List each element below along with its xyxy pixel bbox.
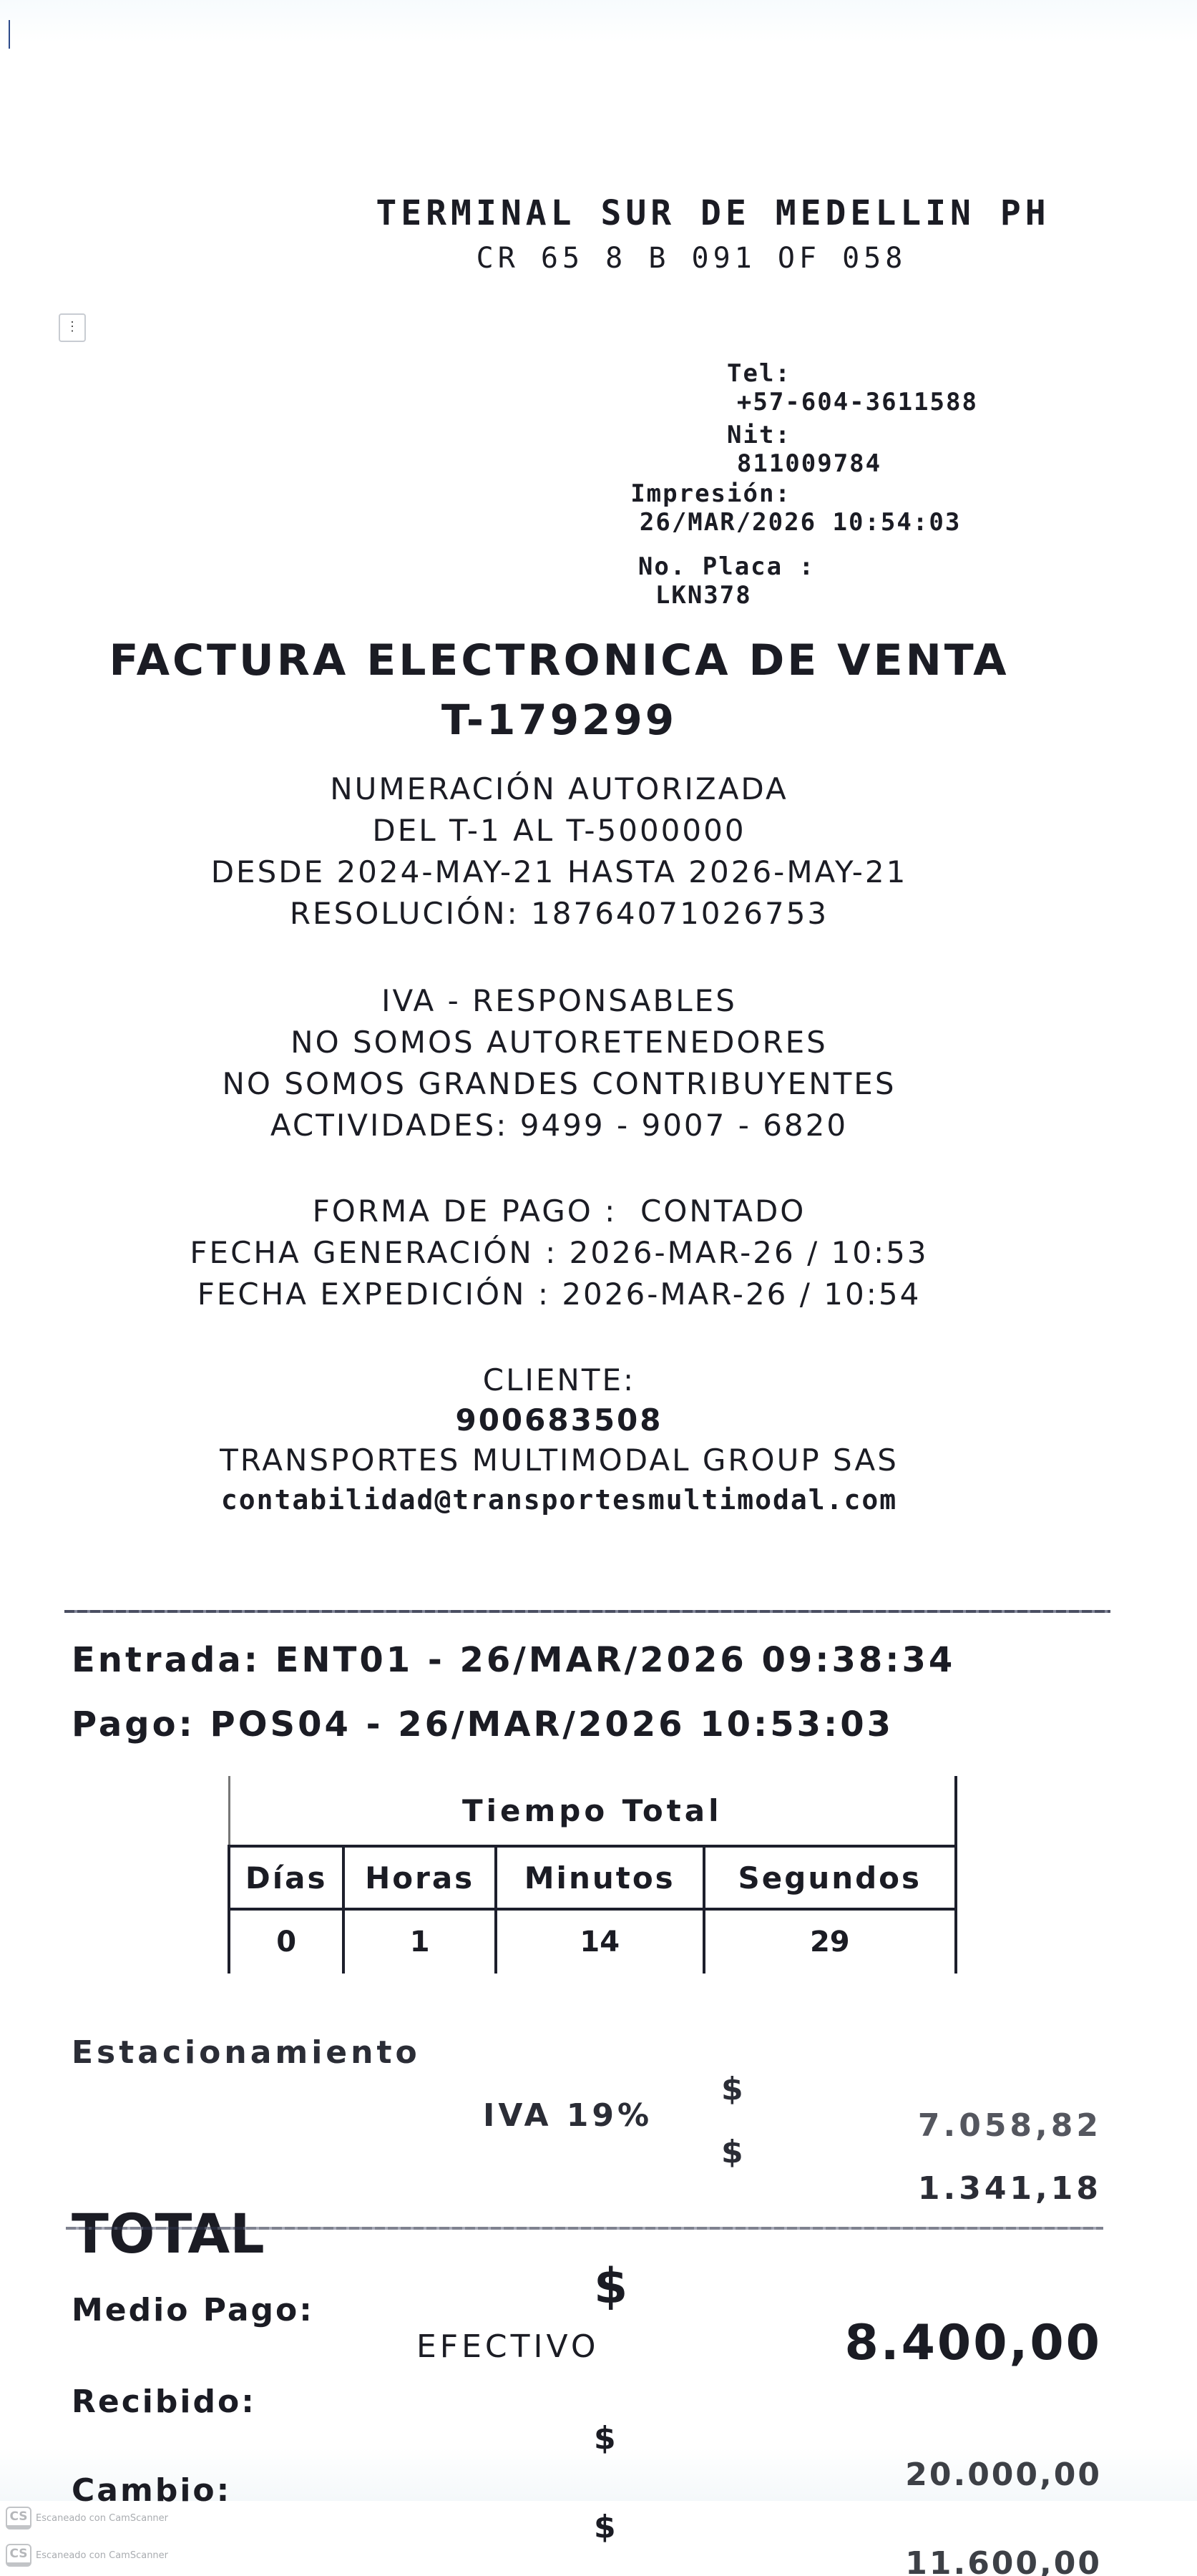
authorization-line: DEL T-1 AL T-5000000 bbox=[0, 813, 1197, 848]
scan-artifact-icon: ⋮ bbox=[59, 313, 86, 342]
issue-date: FECHA EXPEDICIÓN : 2026-MAR-26 / 10:54 bbox=[0, 1277, 1197, 1312]
camscanner-logo-icon: CS bbox=[6, 2544, 31, 2567]
total-row: TOTAL $ 8.400,00 bbox=[72, 2145, 1102, 2210]
scan-edge-mark bbox=[9, 20, 10, 49]
separator-line bbox=[64, 1610, 1110, 1613]
charge-row-parking: Estacionamiento $ 7.058,82 bbox=[72, 1998, 1102, 2041]
charge-row-iva: IVA 19% $ 1.341,18 bbox=[72, 2061, 1102, 2104]
camscanner-watermark: CS Escaneado con CamScanner bbox=[6, 2507, 168, 2529]
camscanner-watermark: CS Escaneado con CamScanner bbox=[6, 2544, 168, 2567]
header-days: Días bbox=[229, 1846, 343, 1909]
entry-time: Entrada: ENT01 - 26/MAR/2026 09:38:34 bbox=[72, 1640, 955, 1680]
invoice-title: FACTURA ELECTRONICA DE VENTA bbox=[0, 635, 1197, 686]
activities-line: ACTIVIDADES: 9499 - 9007 - 6820 bbox=[0, 1108, 1197, 1143]
total-time-table: Tiempo Total Días Horas Minutos Segundos… bbox=[228, 1776, 957, 1974]
change-row: Cambio: $ 11.600,00 bbox=[72, 2436, 1102, 2479]
resolution-line: RESOLUCIÓN: 18764071026753 bbox=[0, 896, 1197, 931]
business-address: CR 65 8 B 091 OF 058 bbox=[0, 242, 1197, 275]
separator-line bbox=[66, 2227, 1103, 2230]
header-minutes: Minutos bbox=[496, 1846, 704, 1909]
value-minutes: 14 bbox=[496, 1909, 704, 1974]
camscanner-logo-icon: CS bbox=[6, 2507, 31, 2529]
payment-method-row: Medio Pago: EFECTIVO bbox=[72, 2255, 1102, 2298]
iva-label: IVA 19% bbox=[483, 2097, 653, 2134]
client-id: 900683508 bbox=[0, 1402, 1197, 1438]
watermark-text: Escaneado con CamScanner bbox=[36, 2513, 168, 2524]
placa-row: No. Placa : LKN378 bbox=[574, 524, 815, 638]
tel-label: Tel: bbox=[721, 359, 791, 388]
header-hours: Horas bbox=[343, 1846, 495, 1909]
payment-form: FORMA DE PAGO : CONTADO bbox=[0, 1194, 1197, 1229]
client-label: CLIENTE: bbox=[0, 1362, 1197, 1397]
generation-date: FECHA GENERACIÓN : 2026-MAR-26 / 10:53 bbox=[0, 1235, 1197, 1270]
business-name: TERMINAL SUR DE MEDELLIN PH bbox=[0, 193, 1197, 233]
payment-time: Pago: POS04 - 26/MAR/2026 10:53:03 bbox=[72, 1704, 894, 1745]
placa-value: LKN378 bbox=[655, 581, 752, 610]
authorization-line: NUMERACIÓN AUTORIZADA bbox=[0, 771, 1197, 806]
nit-label: Nit: bbox=[721, 421, 791, 449]
tax-info-line: NO SOMOS AUTORETENEDORES bbox=[0, 1025, 1197, 1060]
value-hours: 1 bbox=[343, 1909, 495, 1974]
watermark-text: Escaneado con CamScanner bbox=[36, 2550, 168, 2561]
placa-label: No. Placa : bbox=[638, 552, 815, 581]
tax-info-line: IVA - RESPONSABLES bbox=[0, 983, 1197, 1018]
parking-amount: 7.058,82 bbox=[918, 2107, 1102, 2144]
payment-method-label: Medio Pago: bbox=[72, 2292, 314, 2328]
scanned-receipt: ⋮ TERMINAL SUR DE MEDELLIN PH CR 65 8 B … bbox=[0, 0, 1197, 2501]
value-days: 0 bbox=[229, 1909, 343, 1974]
received-row: Recibido: $ 20.000,00 bbox=[72, 2347, 1102, 2390]
received-label: Recibido: bbox=[72, 2384, 256, 2420]
currency-symbol: $ bbox=[594, 2509, 618, 2545]
client-email: contabilidad@transportesmultimodal.com bbox=[0, 1484, 1197, 1516]
header-seconds: Segundos bbox=[704, 1846, 956, 1909]
authorization-line: DESDE 2024-MAY-21 HASTA 2026-MAY-21 bbox=[0, 854, 1197, 889]
total-time-title: Tiempo Total bbox=[229, 1776, 956, 1846]
invoice-number: T-179299 bbox=[0, 696, 1197, 744]
client-name: TRANSPORTES MULTIMODAL GROUP SAS bbox=[0, 1443, 1197, 1478]
impresion-label: Impresión: bbox=[624, 479, 791, 508]
tax-info-line: NO SOMOS GRANDES CONTRIBUYENTES bbox=[0, 1066, 1197, 1101]
value-seconds: 29 bbox=[704, 1909, 956, 1974]
change-amount: 11.600,00 bbox=[905, 2545, 1102, 2576]
change-label: Cambio: bbox=[72, 2472, 231, 2509]
